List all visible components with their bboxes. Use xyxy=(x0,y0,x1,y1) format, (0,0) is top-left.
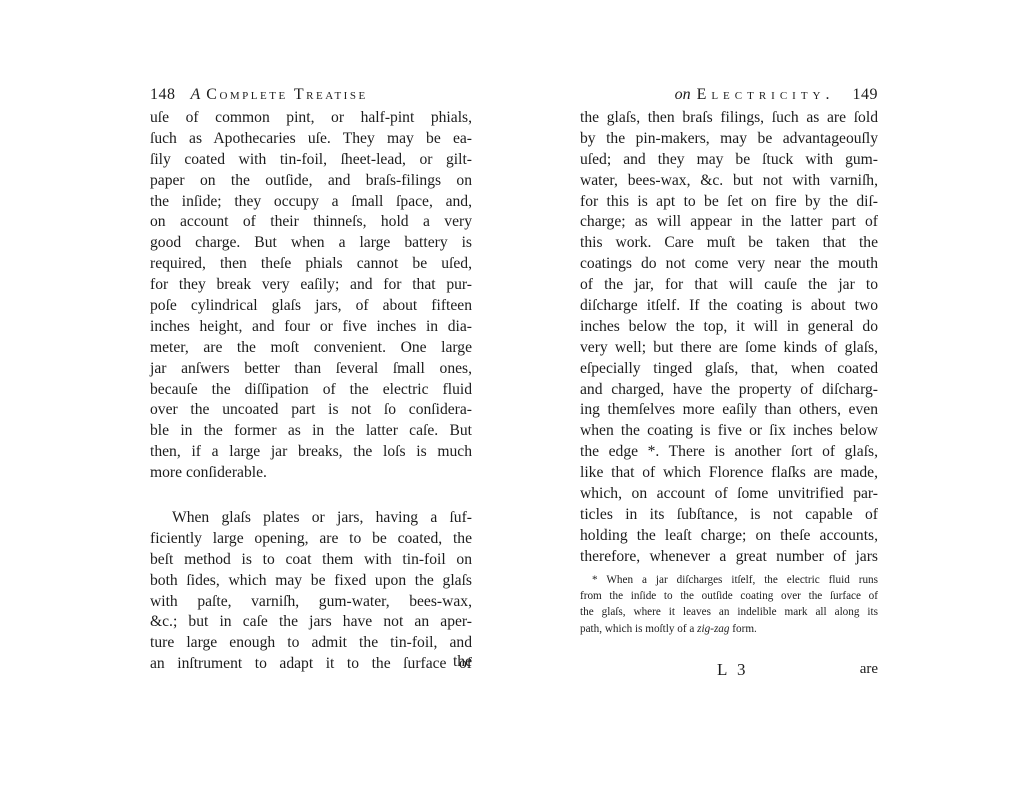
text-line: therefore, whenever a great number of ja… xyxy=(580,547,878,568)
text-line: charge; as will appear in the latter par… xyxy=(580,212,878,233)
text-line: the edge *. There is another ſort of gla… xyxy=(580,442,878,463)
text-line: which, on account of ſome unvitrified pa… xyxy=(580,484,878,505)
running-head-left: 148 AComplete Treatise xyxy=(150,86,472,108)
running-head-title: Electricity. xyxy=(697,86,835,103)
footnote-text: When a jar diſcharges itſelf, the electr… xyxy=(606,574,878,586)
text-line: ſuch as Apothecaries uſe. They may be ea… xyxy=(150,129,472,150)
text-line: an inſtrument to adapt it to the ſurface… xyxy=(150,654,472,675)
book-gutter xyxy=(512,0,513,791)
text-line: becauſe the diſſipation of the electric … xyxy=(150,380,472,401)
text-line: good charge. But when a large battery is xyxy=(150,233,472,254)
text-line: ſily coated with tin-foil, ſheet-lead, o… xyxy=(150,150,472,171)
text-line: eſpecially tinged glaſs, that, when coat… xyxy=(580,359,878,380)
body-text-right: the glaſs, then braſs filings, ſuch as a… xyxy=(580,108,878,568)
text-line: beſt method is to coat them with tin-foi… xyxy=(150,550,472,571)
text-line: for they break very eaſily; and for that… xyxy=(150,275,472,296)
text-line: of the jar, for that will cauſe the jar … xyxy=(580,275,878,296)
running-head-prefix: on xyxy=(675,86,691,103)
running-head-text: Complete Treatise xyxy=(206,86,367,103)
text-line: ing themſelves more eaſily than others, … xyxy=(580,400,878,421)
text-line: paper on the outſide, and braſs-filings … xyxy=(150,171,472,192)
signature-mark: L 3 xyxy=(717,660,749,680)
running-head-right: onElectricity.149 xyxy=(580,86,878,108)
footnote-line: the glaſs, where it leaves an indelible … xyxy=(580,604,878,620)
footnote-line: path, which is moſtly of a zig-zag form. xyxy=(580,621,878,637)
footnote-text: form. xyxy=(729,623,756,635)
text-line: uſe of common pint, or half-pint phials, xyxy=(150,108,472,129)
text-line: the inſide; they occupy a ſmall ſpace, a… xyxy=(150,192,472,213)
footnote-marker: * xyxy=(592,574,598,586)
page-number: 149 xyxy=(853,86,879,103)
running-head-title: AComplete Treatise xyxy=(191,86,368,103)
text-line: ficiently large opening, are to be coate… xyxy=(150,529,472,550)
text-line: like that of which Florence flaſks are m… xyxy=(580,463,878,484)
text-line: by the pin-makers, may be advantageouſly xyxy=(580,129,878,150)
footnote-italic-text: zig-zag xyxy=(697,623,729,635)
text-line: When glaſs plates or jars, having a ſuf- xyxy=(150,508,472,529)
text-line: the glaſs, then braſs filings, ſuch as a… xyxy=(580,108,878,129)
catchword: are xyxy=(860,661,878,678)
text-line: on account of their thinneſs, hold a ver… xyxy=(150,212,472,233)
footnote-line: * When a jar diſcharges itſelf, the elec… xyxy=(580,572,878,588)
text-line: more conſiderable. xyxy=(150,463,472,484)
text-line: this work. Care muſt be taken that the xyxy=(580,233,878,254)
text-line: when the coating is five or ſix inches b… xyxy=(580,421,878,442)
text-line: inches height, and four or five inches i… xyxy=(150,317,472,338)
text-line: very well; but there are ſome kinds of g… xyxy=(580,338,878,359)
text-line: then, if a large jar breaks, the loſs is… xyxy=(150,442,472,463)
text-line: water, bees-wax, &c. but not with varniſ… xyxy=(580,171,878,192)
text-line: uſed; and they may be ſtuck with gum- xyxy=(580,150,878,171)
text-line: meter, are the moſt convenient. One larg… xyxy=(150,338,472,359)
text-line: ture large enough to admit the tin-foil,… xyxy=(150,633,472,654)
text-line: over the uncoated part is not ſo conſide… xyxy=(150,400,472,421)
text-line: diſcharge itſelf. If the coating is abou… xyxy=(580,296,878,317)
catchword: the xyxy=(453,653,472,671)
text-line: coatings do not come very near the mouth xyxy=(580,254,878,275)
text-line: ticles in its ſubſtance, is not capable … xyxy=(580,505,878,526)
text-line: inches below the top, it will in general… xyxy=(580,317,878,338)
text-line: poſe cylindrical glaſs jars, of about fi… xyxy=(150,296,472,317)
text-line: both ſides, which may be fixed upon the … xyxy=(150,571,472,592)
text-line: for this is apt to be ſet on fire by the… xyxy=(580,192,878,213)
footnote: * When a jar diſcharges itſelf, the elec… xyxy=(580,572,878,637)
text-line: &c.; but in caſe the jars have not an ap… xyxy=(150,612,472,633)
text-line: ble in the former as in the latter caſe.… xyxy=(150,421,472,442)
page-number: 148 xyxy=(150,86,176,103)
text-line: with paſte, varniſh, gum-water, bees-wax… xyxy=(150,592,472,613)
text-line: jar anſwers better than ſeveral ſmall on… xyxy=(150,359,472,380)
body-text-left: uſe of common pint, or half-pint phials,… xyxy=(150,108,472,675)
paragraph-gap xyxy=(150,484,472,508)
text-line: and charged, have the property of diſcha… xyxy=(580,380,878,401)
running-head-initial: A xyxy=(191,86,201,103)
text-line: holding the leaſt charge; on theſe accou… xyxy=(580,526,878,547)
text-line: required, then theſe phials cannot be uſ… xyxy=(150,254,472,275)
footnote-line: from the inſide to the outſide coating o… xyxy=(580,588,878,604)
footnote-text: path, which is moſtly of a xyxy=(580,623,697,635)
